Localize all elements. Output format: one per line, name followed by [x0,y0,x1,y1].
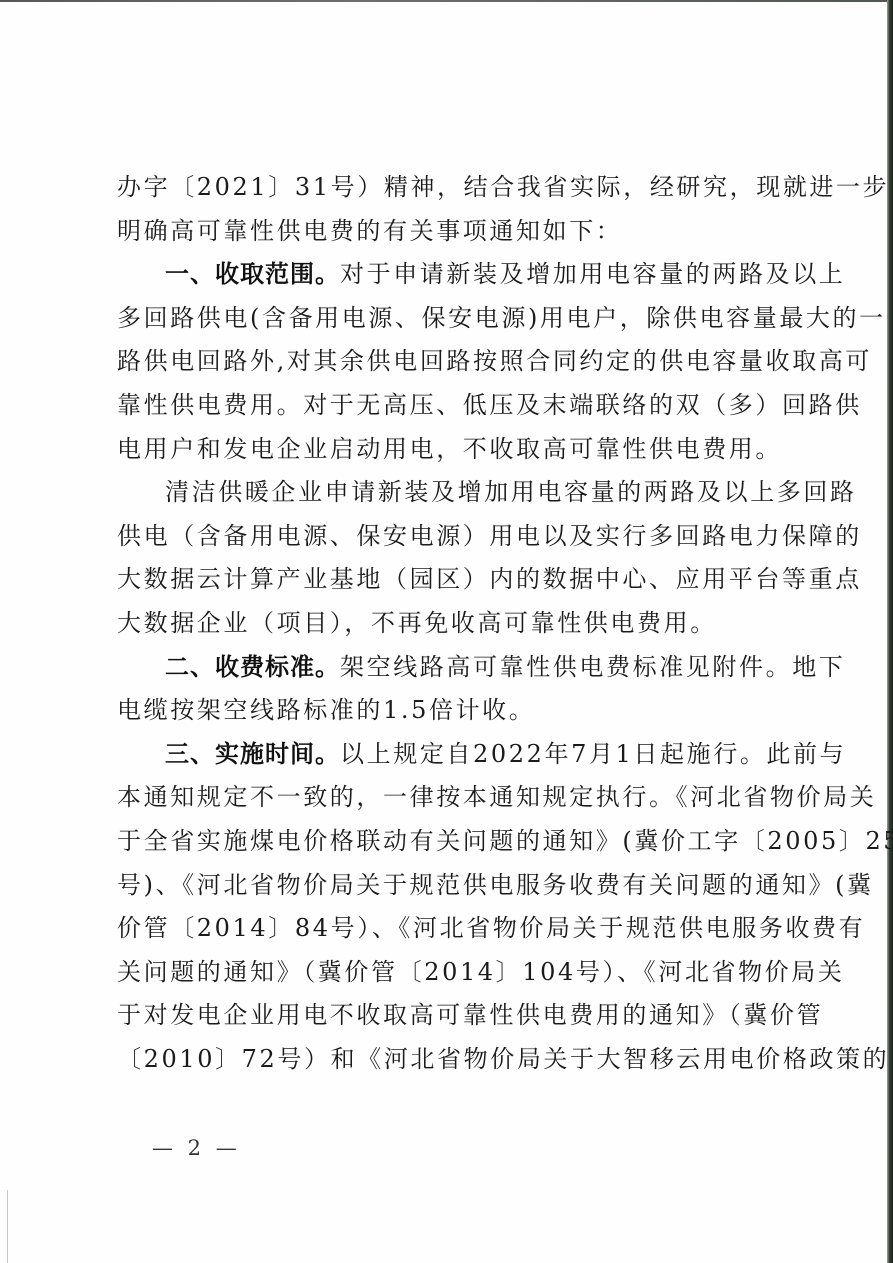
text-line: 多回路供电(含备用电源、保安电源)用电户，除供电容量最大的一 [117,297,789,341]
text-line: 靠性供电费用。对于无高压、低压及末端联络的双（多）回路供 [117,384,789,428]
text-line: 本通知规定不一致的，一律按本通知规定执行。《河北省物价局关 [117,776,789,820]
scan-top-edge [0,0,893,2]
text-line: 价管〔2014〕84号）、《河北省物价局关于规范供电服务收费有 [117,907,789,951]
page-number: — 2 — [152,1136,241,1160]
section-heading-line: 一、收取范围。对于申请新装及增加用电容量的两路及以上 [117,253,789,297]
text-line: 于对发电企业用电不收取高可靠性供电费用的通知》（冀价管 [117,994,789,1038]
document-page: 办字〔2021〕31号）精神，结合我省实际，经研究，现就进一步 明确高可靠性供电… [0,0,893,1263]
text-line: 供电（含备用电源、保安电源）用电以及实行多回路电力保障的 [117,515,789,559]
text-line: 电缆按架空线路标准的1.5倍计收。 [117,689,789,733]
text-line: 明确高可靠性供电费的有关事项通知如下： [117,210,789,254]
text-line: 〔2010〕72号）和《河北省物价局关于大智移云用电价格政策的 [117,1038,789,1082]
section-heading-standard: 二、收费标准。 [165,653,340,681]
text-line: 于全省实施煤电价格联动有关问题的通知》(冀价工字〔2005〕25 [117,820,789,864]
section-heading-line: 二、收费标准。架空线路高可靠性供电费标准见附件。地下 [117,646,789,690]
text-line: 关问题的通知》（冀价管〔2014〕104号）、《河北省物价局关 [117,951,789,995]
section-heading-line: 三、实施时间。以上规定自2022年7月1日起施行。此前与 [117,733,789,777]
document-body: 办字〔2021〕31号）精神，结合我省实际，经研究，现就进一步 明确高可靠性供电… [117,166,789,1081]
section-heading-scope: 一、收取范围。 [165,260,340,288]
text-line: 清洁供暖企业申请新装及增加用电容量的两路及以上多回路 [117,471,789,515]
text-line: 路供电回路外,对其余供电回路按照合同约定的供电容量收取高可 [117,340,789,384]
text-line: 电用户和发电企业启动用电，不收取高可靠性供电费用。 [117,428,789,472]
text-line: 办字〔2021〕31号）精神，结合我省实际，经研究，现就进一步 [117,166,789,210]
section-heading-effective-date: 三、实施时间。 [165,740,340,768]
text-line: 大数据企业（项目），不再免收高可靠性供电费用。 [117,602,789,646]
scan-left-edge [7,1190,8,1263]
text-line: 号)、《河北省物价局关于规范供电服务收费有关问题的通知》(冀 [117,864,789,908]
text-line: 大数据云计算产业基地（园区）内的数据中心、应用平台等重点 [117,558,789,602]
